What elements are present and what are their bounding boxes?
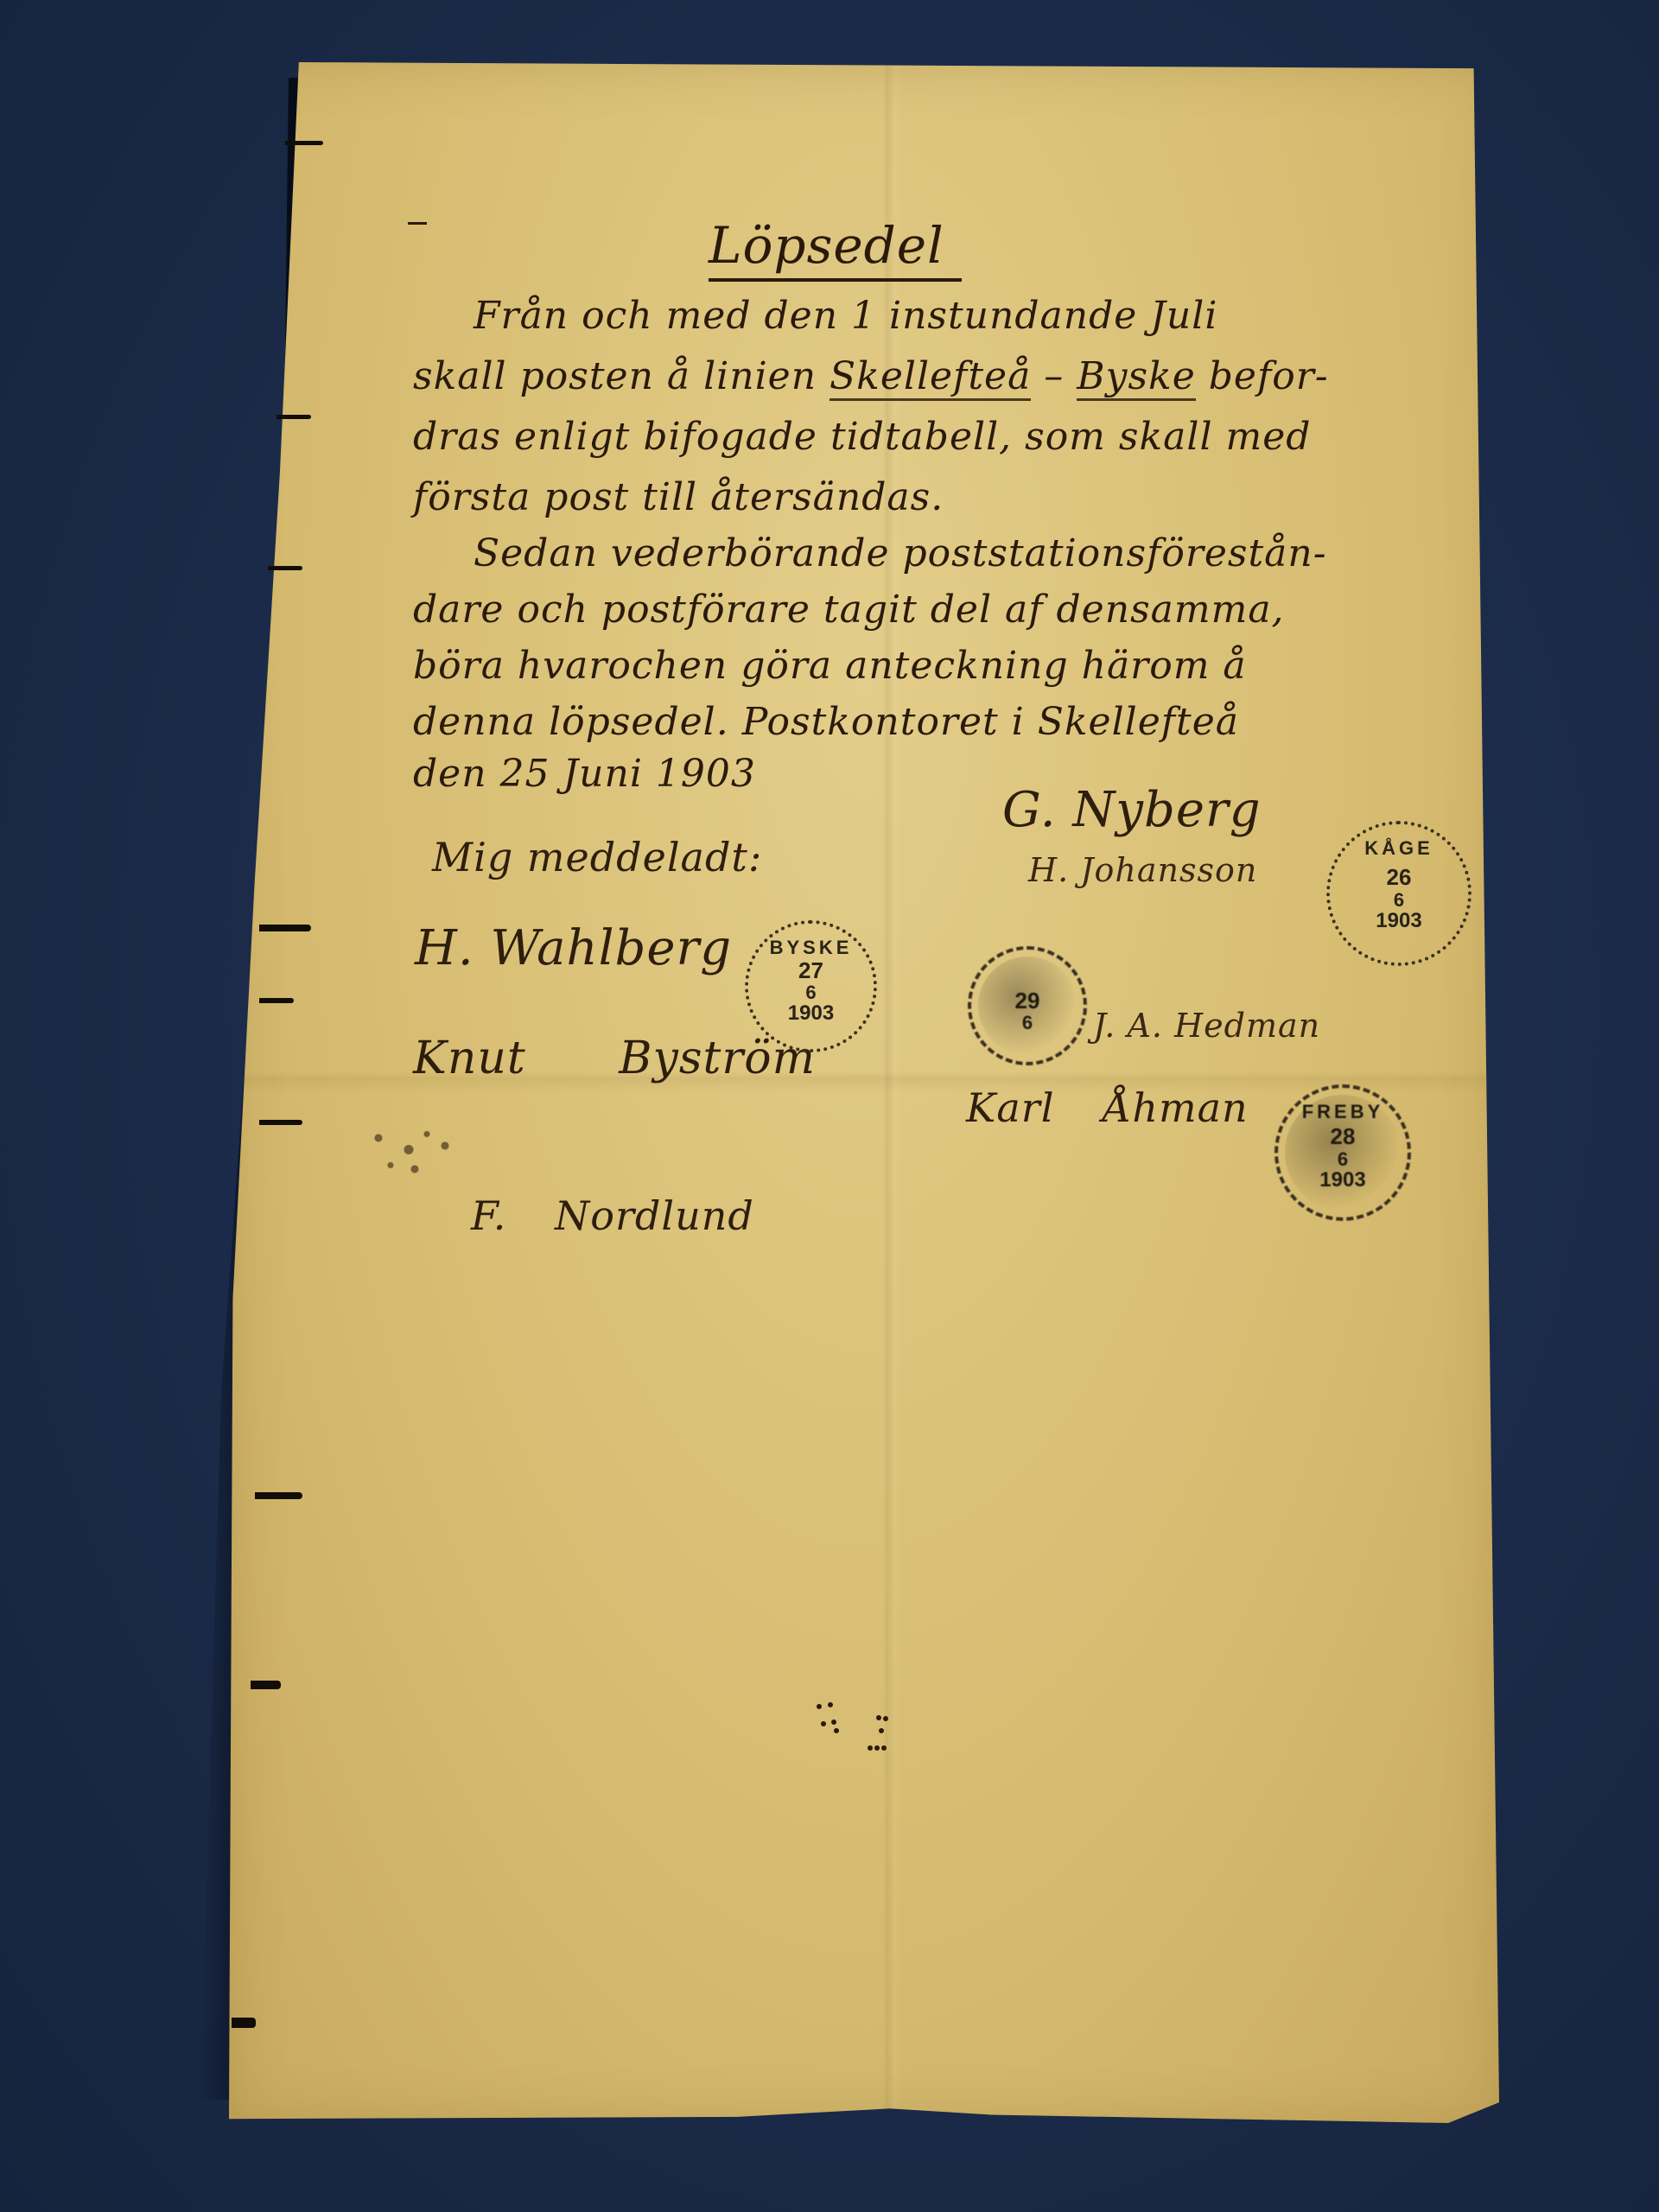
- binding-notch: [232, 2018, 256, 2028]
- binding-notch: [285, 141, 323, 145]
- body-line: Från och med den 1 instundande Juli: [474, 294, 1217, 338]
- pinhole: [874, 1745, 880, 1751]
- signature-countersign: H. Johansson: [1028, 851, 1257, 889]
- binding-notch: [259, 1120, 302, 1125]
- pinhole: [879, 1728, 884, 1733]
- binding-notch: [276, 415, 311, 419]
- binding-notch: [251, 1681, 281, 1689]
- signature-nordlund: F. Nordlund: [471, 1192, 754, 1239]
- binding-notch: [259, 925, 311, 931]
- body-line: dare och postförare tagit del af densamm…: [413, 588, 1285, 632]
- signature-hedman: J. A. Hedman: [1093, 1007, 1320, 1045]
- postmark-freby: FREBY 28 6 1903: [1274, 1084, 1411, 1221]
- document-title: Löpsedel: [709, 216, 962, 282]
- pinhole: [831, 1719, 836, 1725]
- body-line: dras enligt bifogade tidtabell, som skal…: [413, 415, 1311, 459]
- binding-notch: [255, 1492, 302, 1499]
- postmark-smudged: 29 6: [968, 946, 1087, 1065]
- pinhole: [876, 1715, 881, 1720]
- pinhole: [883, 1716, 888, 1721]
- pinhole: [881, 1745, 887, 1751]
- signature-bystrom: Knut Byström: [413, 1033, 816, 1084]
- signature-wahlberg: H. Wahlberg: [415, 920, 732, 976]
- pinhole: [817, 1704, 822, 1709]
- signature-issuer: G. Nyberg: [1002, 782, 1262, 838]
- body-line: skall posten å linien Skellefteå – Byske…: [413, 354, 1329, 398]
- postmark-byske: BYSKE 27 6 1903: [745, 920, 877, 1052]
- pinhole: [868, 1745, 873, 1751]
- acknowledgement-label: Mig meddeladt:: [432, 834, 762, 880]
- route-from: Skellefteå: [829, 354, 1031, 401]
- body-line: Sedan vederbörande poststationsförestån-: [474, 531, 1327, 575]
- pinhole: [821, 1721, 826, 1726]
- signature-ahman: Karl Åhman: [966, 1084, 1249, 1131]
- margin-mark: [408, 222, 427, 225]
- route-to: Byske: [1077, 354, 1195, 401]
- binding-notch: [259, 998, 294, 1003]
- document-date: den 25 Juni 1903: [413, 752, 756, 796]
- body-line: böra hvarochen göra anteckning härom å: [413, 644, 1247, 688]
- ink-speckle: [354, 1115, 475, 1192]
- binding-notch: [268, 566, 302, 570]
- postmark-kage: KÅGE 26 6 1903: [1326, 821, 1471, 966]
- body-line: denna löpsedel. Postkontoret i Skellefte…: [413, 700, 1239, 744]
- pinhole: [828, 1702, 833, 1707]
- pinhole: [834, 1728, 839, 1733]
- body-line: första post till återsändas.: [413, 475, 944, 519]
